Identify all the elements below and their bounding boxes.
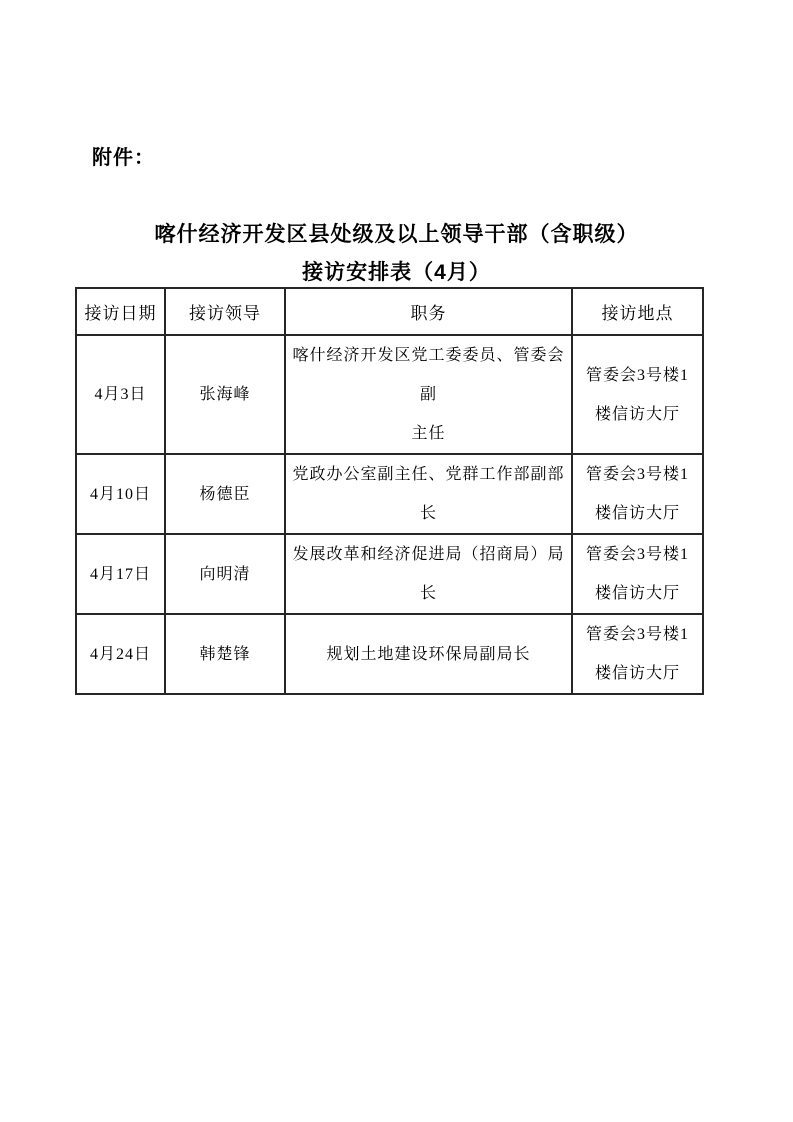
cell-position: 发展改革和经济促进局（招商局）局长 <box>285 534 572 614</box>
cell-leader: 张海峰 <box>165 335 285 454</box>
table-row: 4月10日 杨德臣 党政办公室副主任、党群工作部副部长 管委会3号楼1 楼信访大… <box>76 454 703 534</box>
cell-date: 4月3日 <box>76 335 165 454</box>
table-header-row: 接访日期 接访领导 职务 接访地点 <box>76 288 703 335</box>
cell-position: 喀什经济开发区党工委委员、管委会副 主任 <box>285 335 572 454</box>
cell-location: 管委会3号楼1 楼信访大厅 <box>572 614 703 694</box>
document-title-line1: 喀什经济开发区县处级及以上领导干部（含职级） <box>0 218 793 248</box>
cell-date: 4月24日 <box>76 614 165 694</box>
cell-location: 管委会3号楼1 楼信访大厅 <box>572 335 703 454</box>
cell-location: 管委会3号楼1 楼信访大厅 <box>572 534 703 614</box>
column-header-date: 接访日期 <box>76 288 165 335</box>
document-page: { "page": { "attachment_label": "附件：", "… <box>0 0 793 1122</box>
cell-position: 规划土地建设环保局副局长 <box>285 614 572 694</box>
attachment-label: 附件： <box>92 141 155 170</box>
cell-date: 4月17日 <box>76 534 165 614</box>
cell-leader: 杨德臣 <box>165 454 285 534</box>
column-header-leader: 接访领导 <box>165 288 285 335</box>
cell-leader: 向明清 <box>165 534 285 614</box>
table-row: 4月17日 向明清 发展改革和经济促进局（招商局）局长 管委会3号楼1 楼信访大… <box>76 534 703 614</box>
cell-position: 党政办公室副主任、党群工作部副部长 <box>285 454 572 534</box>
column-header-position: 职务 <box>285 288 572 335</box>
column-header-location: 接访地点 <box>572 288 703 335</box>
cell-leader: 韩楚锋 <box>165 614 285 694</box>
table-row: 4月3日 张海峰 喀什经济开发区党工委委员、管委会副 主任 管委会3号楼1 楼信… <box>76 335 703 454</box>
table-row: 4月24日 韩楚锋 规划土地建设环保局副局长 管委会3号楼1 楼信访大厅 <box>76 614 703 694</box>
document-title-line2: 接访安排表（4月） <box>0 256 793 286</box>
reception-schedule-table: 接访日期 接访领导 职务 接访地点 4月3日 张海峰 喀什经济开发区党工委委员、… <box>75 287 704 695</box>
cell-location: 管委会3号楼1 楼信访大厅 <box>572 454 703 534</box>
cell-date: 4月10日 <box>76 454 165 534</box>
